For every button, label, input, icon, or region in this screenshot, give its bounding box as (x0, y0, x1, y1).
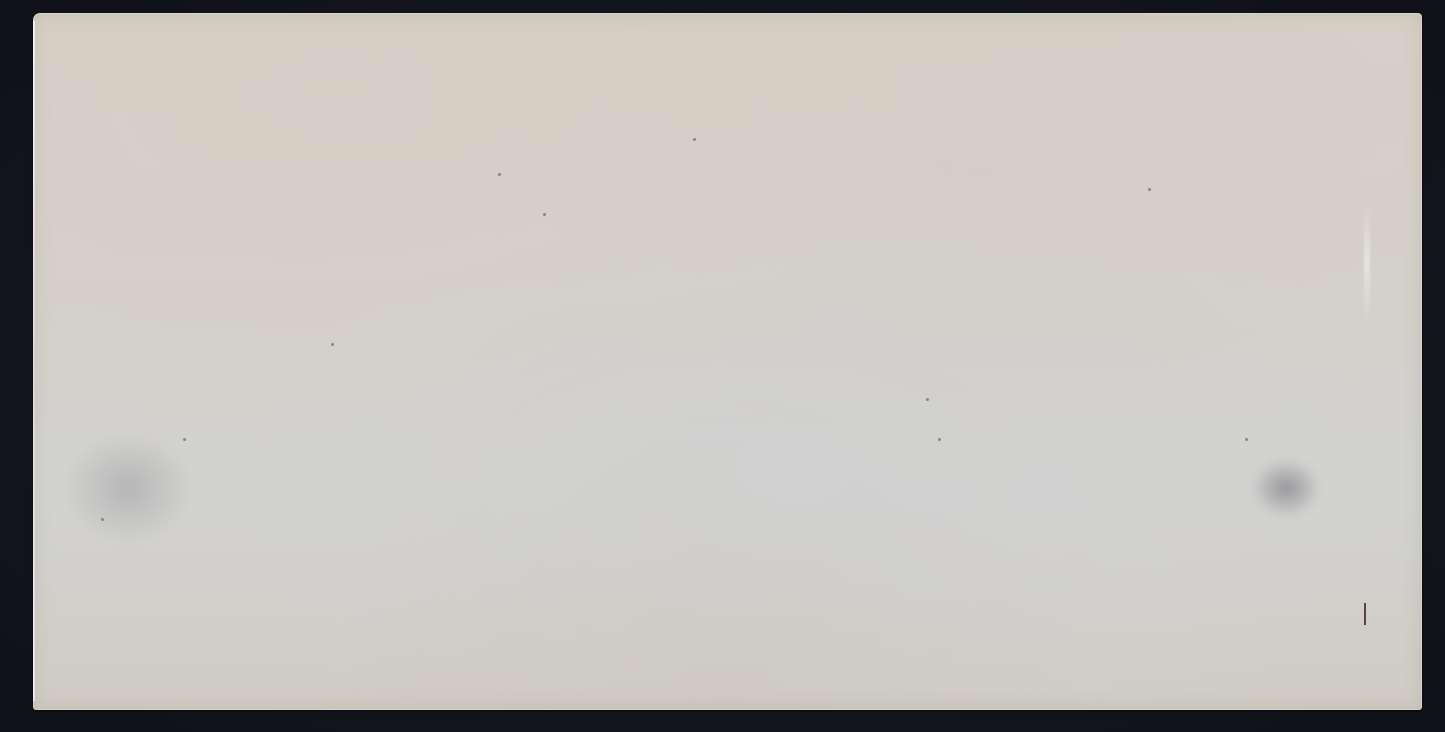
left-smudge (63, 433, 193, 543)
speck (1245, 438, 1248, 441)
speck (543, 213, 546, 216)
speck (926, 398, 929, 401)
speck (1148, 188, 1151, 191)
right-smudge (1251, 458, 1321, 518)
speck (101, 518, 104, 521)
speck (693, 138, 696, 141)
speck (938, 438, 941, 441)
speck (331, 343, 334, 346)
dark-background (0, 0, 1445, 732)
blank-card (33, 13, 1422, 710)
ink-mark (1364, 603, 1366, 625)
speck (183, 438, 186, 441)
speck (498, 173, 501, 176)
